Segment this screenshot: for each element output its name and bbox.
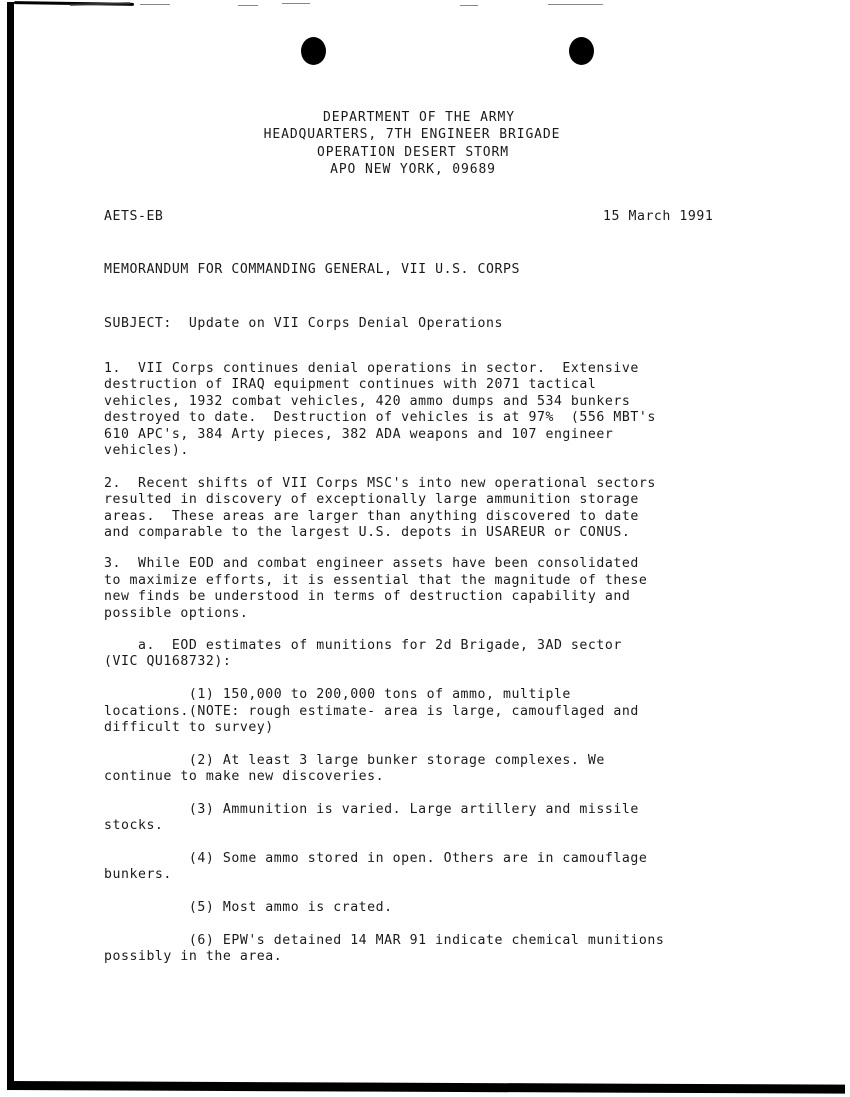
scan-edge-bottom — [7, 1081, 845, 1094]
paragraph-line: stocks. — [104, 818, 163, 834]
scan-artifact — [460, 5, 478, 6]
paragraph-line: 1. VII Corps continues denial operations… — [104, 361, 639, 377]
subject-label: SUBJECT: — [104, 316, 172, 331]
paragraph-line: (6) EPW's detained 14 MAR 91 indicate ch… — [104, 933, 664, 949]
paragraph-line: locations.(NOTE: rough estimate- area is… — [104, 704, 639, 720]
office-symbol: AETS-EB — [104, 209, 163, 225]
paragraph-line: (3) Ammunition is varied. Large artiller… — [104, 802, 639, 818]
paragraph-line: 2. Recent shifts of VII Corps MSC's into… — [104, 476, 656, 492]
scan-artifact — [282, 3, 310, 4]
letterhead-department: DEPARTMENT OF THE ARMY — [0, 110, 844, 126]
subject-text: Update on VII Corps Denial Operations — [189, 316, 503, 331]
punch-hole-icon — [301, 37, 326, 65]
paragraph-line: difficult to survey) — [104, 720, 274, 736]
paragraph-line: (VIC QU168732): — [104, 654, 231, 670]
paragraph-line: (1) 150,000 to 200,000 tons of ammo, mul… — [104, 687, 571, 703]
paragraph-line: 610 APC's, 384 Arty pieces, 382 ADA weap… — [104, 427, 613, 443]
paragraph-line: (2) At least 3 large bunker storage comp… — [104, 753, 605, 769]
scan-artifact — [140, 4, 170, 5]
letterhead-address: APO NEW YORK, 09689 — [0, 162, 838, 178]
paragraph-line: destroyed to date. Destruction of vehicl… — [104, 410, 656, 426]
paragraph-line: possibly in the area. — [104, 949, 282, 965]
paragraph-line: to maximize efforts, it is essential tha… — [104, 573, 647, 589]
paragraph-line: (4) Some ammo stored in open. Others are… — [104, 851, 647, 867]
subject-line: SUBJECT: Update on VII Corps Denial Oper… — [104, 312, 503, 332]
memo-date: 15 March 1991 — [603, 209, 713, 225]
letterhead-headquarters: HEADQUARTERS, 7TH ENGINEER BRIGADE — [0, 127, 837, 143]
punch-hole-icon — [569, 37, 594, 65]
memo-page: DEPARTMENT OF THE ARMY HEADQUARTERS, 7TH… — [0, 0, 850, 1097]
scan-artifact — [548, 4, 603, 5]
paragraph-line: areas. These areas are larger than anyth… — [104, 509, 639, 525]
paragraph-line: 3. While EOD and combat engineer assets … — [104, 556, 639, 572]
paragraph-line: a. EOD estimates of munitions for 2d Bri… — [104, 638, 622, 654]
paragraph-line: (5) Most ammo is crated. — [104, 900, 393, 916]
paragraph-line: bunkers. — [104, 867, 172, 883]
scan-artifact — [238, 5, 258, 6]
paragraph-line: possible options. — [104, 606, 248, 622]
paragraph-line: and comparable to the largest U.S. depot… — [104, 525, 630, 541]
memorandum-for: MEMORANDUM FOR COMMANDING GENERAL, VII U… — [104, 262, 520, 278]
paragraph-line: resulted in discovery of exceptionally l… — [104, 492, 639, 508]
paragraph-line: destruction of IRAQ equipment continues … — [104, 377, 596, 393]
paragraph-line: vehicles). — [104, 443, 189, 459]
letterhead-operation: OPERATION DESERT STORM — [0, 145, 838, 161]
paragraph-line: continue to make new discoveries. — [104, 769, 384, 785]
paragraph-line: new finds be understood in terms of dest… — [104, 589, 630, 605]
paragraph-line: vehicles, 1932 combat vehicles, 420 ammo… — [104, 394, 630, 410]
